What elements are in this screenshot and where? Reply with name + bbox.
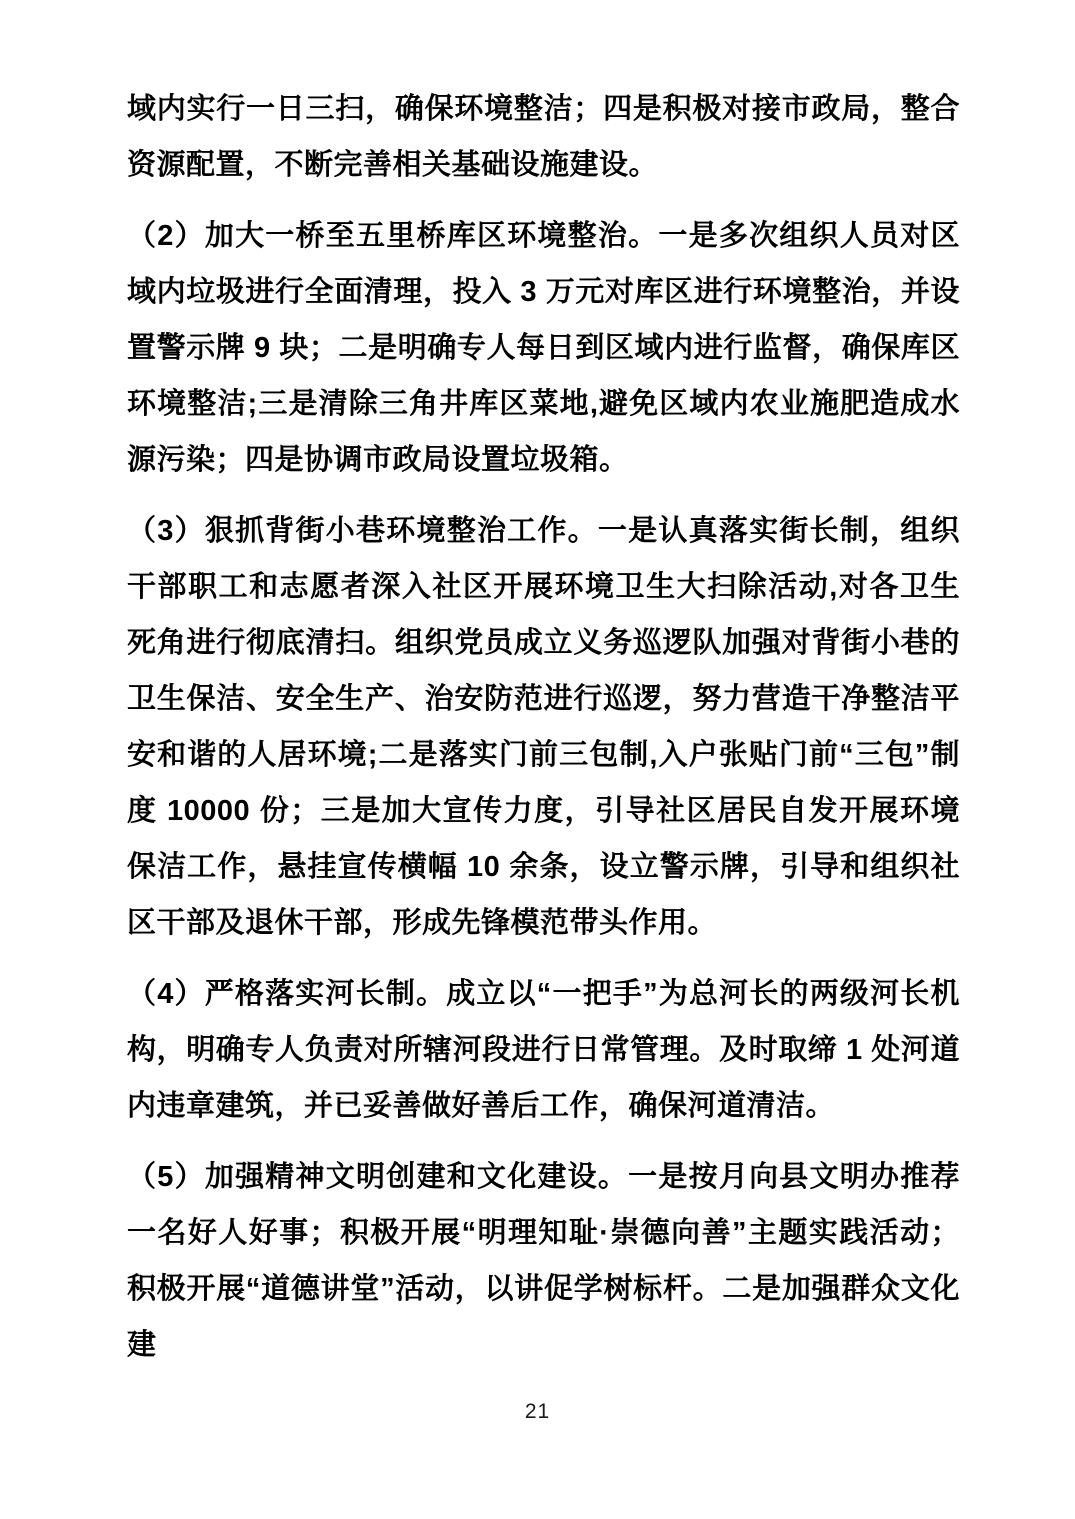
page-number: 21 <box>525 1400 550 1423</box>
page-footer: 21 <box>0 1400 1075 1424</box>
paragraph-item-2: （2）加大一桥至五里桥库区环境整治。一是多次组织人员对区域内垃圾进行全面清理，投… <box>127 208 960 488</box>
paragraph-item-5: （5）加强精神文明创建和文化建设。一是按月向县文明办推荐一名好人好事；积极开展“… <box>127 1149 960 1373</box>
paragraph-item-4: （4）严格落实河长制。成立以“一把手”为总河长的两级河长机构，明确专人负责对所辖… <box>127 966 960 1134</box>
paragraph-item-3: （3）狠抓背街小巷环境整治工作。一是认真落实街长制，组织干部职工和志愿者深入社区… <box>127 503 960 951</box>
document-body: 域内实行一日三扫，确保环境整洁；四是积极对接市政局，整合资源配置，不断完善相关基… <box>127 81 960 1388</box>
paragraph-continuation: 域内实行一日三扫，确保环境整洁；四是积极对接市政局，整合资源配置，不断完善相关基… <box>127 81 960 193</box>
document-page: 域内实行一日三扫，确保环境整洁；四是积极对接市政局，整合资源配置，不断完善相关基… <box>0 0 1075 1519</box>
